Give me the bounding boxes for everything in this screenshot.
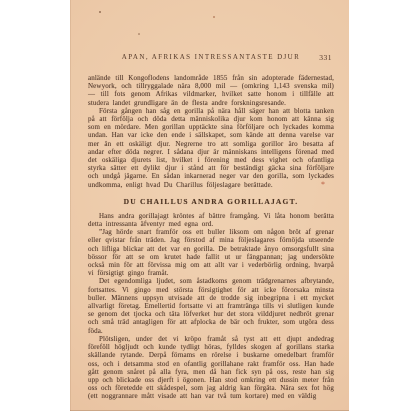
paragraph-continuation: anlände till Kongoflodens landområde 185… — [88, 74, 334, 107]
paragraph: Hans andra gorillajagt kröntes af bättre… — [88, 212, 334, 228]
page-header: APAN, AFRIKAS INTRESSANTASTE DJUR 331 — [88, 53, 334, 62]
section-heading: DU CHAILLUS ANDRA GORILLAJAGT. — [88, 197, 334, 206]
paragraph: Det egendomliga ljudet, som åstadkoms ge… — [88, 277, 334, 334]
footnote-asterisk: * — [321, 180, 325, 189]
ink-speck — [213, 16, 215, 18]
ink-speck — [138, 33, 140, 35]
ink-speck — [99, 11, 101, 13]
paragraph: ”Jag hörde snart framför oss ett buller … — [88, 228, 334, 277]
scan-canvas: APAN, AFRIKAS INTRESSANTASTE DJUR 331 an… — [0, 0, 416, 416]
page-body: anlände till Kongoflodens landområde 185… — [88, 74, 334, 401]
book-page: APAN, AFRIKAS INTRESSANTASTE DJUR 331 an… — [70, 0, 349, 411]
paragraph: Första gången han såg en gorilla på nära… — [88, 107, 334, 189]
paragraph: Plötsligen, under det vi kröpo framåt så… — [88, 335, 334, 401]
running-head: APAN, AFRIKAS INTRESSANTASTE DJUR — [88, 53, 334, 61]
page-number: 331 — [319, 53, 332, 62]
